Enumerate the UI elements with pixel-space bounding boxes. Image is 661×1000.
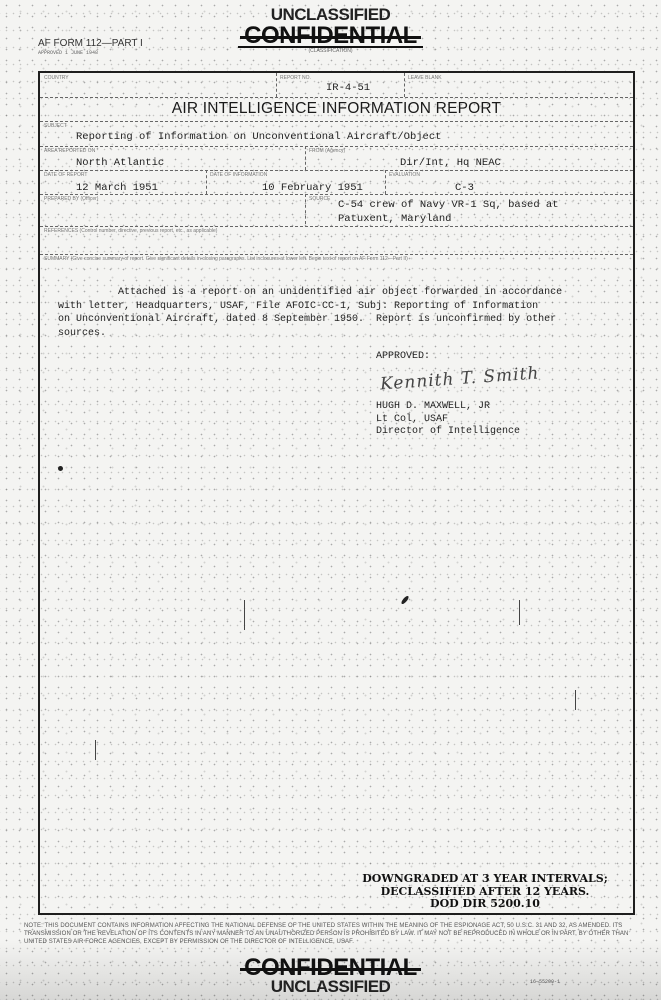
scan-streak <box>244 600 245 630</box>
scan-streak <box>575 690 576 710</box>
divider <box>385 170 386 194</box>
report-no-value: IR-4-51 <box>326 82 370 94</box>
divider <box>40 170 633 171</box>
report-body: Attached is a report on an unidentified … <box>58 286 618 340</box>
signer-title: Director of Intelligence <box>376 426 520 439</box>
scan-streak <box>95 740 96 760</box>
report-no-label: REPORT NO. <box>280 75 311 81</box>
area-value: North Atlantic <box>76 157 164 169</box>
divider <box>305 146 306 170</box>
divider <box>206 170 207 194</box>
divider <box>276 73 277 97</box>
date-of-report-label: DATE OF REPORT <box>44 172 87 178</box>
signer-name: HUGH D. MAXWELL, JR <box>376 401 520 414</box>
signature-block: HUGH D. MAXWELL, JR Lt Col, USAF Directo… <box>376 401 520 439</box>
report-form: COUNTRY REPORT NO. IR-4-51 LEAVE BLANK A… <box>38 71 635 915</box>
country-label: COUNTRY <box>44 75 69 81</box>
divider <box>40 226 633 227</box>
evaluation-label: EVALUATION <box>389 172 420 178</box>
divider <box>40 121 633 122</box>
downgrade-stamp: DOWNGRADED AT 3 YEAR INTERVALS; DECLASSI… <box>340 873 630 911</box>
downgrade-line-3: DOD DIR 5200.10 <box>340 898 630 911</box>
signature: Kennith T. Smith <box>379 363 539 394</box>
divider <box>40 146 633 147</box>
from-agency-value: Dir/Int, Hq NEAC <box>400 157 501 169</box>
scan-speck <box>58 466 63 471</box>
from-agency-label: FROM (Agency) <box>309 148 345 154</box>
subject-value: Reporting of Information on Unconvention… <box>76 131 441 143</box>
form-revision: APPROVED 1 JUNE 1948 <box>38 50 98 56</box>
date-of-info-label: DATE OF INFORMATION <box>210 172 267 178</box>
prepared-by-label: PREPARED BY (Officer) <box>44 196 98 202</box>
evaluation-value: C-3 <box>455 182 474 194</box>
divider <box>305 194 306 224</box>
references-label: REFERENCES (Control number, directive, p… <box>44 228 217 234</box>
divider <box>40 254 633 255</box>
divider <box>404 73 405 97</box>
signer-rank: Lt Col, USAF <box>376 414 520 427</box>
classification-stamp-bottom-unclassified: UNCLASSIFIED <box>0 977 661 997</box>
leave-blank-label: LEAVE BLANK <box>408 75 442 81</box>
scan-streak <box>519 600 520 625</box>
source-value: C-54 crew of Navy VR-1 Sq, based at Patu… <box>338 198 568 226</box>
source-label: SOURCE <box>309 196 330 202</box>
espionage-notice: NOTE: This document contains information… <box>24 922 636 946</box>
report-title: AIR INTELLIGENCE INFORMATION REPORT <box>40 100 633 118</box>
approved-label: APPROVED: <box>376 351 430 362</box>
downgrade-line-1: DOWNGRADED AT 3 YEAR INTERVALS; <box>340 873 630 886</box>
form-id: AF FORM 112—PART I <box>38 38 143 49</box>
area-label: AREA REPORTED ON <box>44 148 95 154</box>
form-print-number: 16—55200-1 <box>530 979 560 985</box>
divider <box>40 194 633 195</box>
date-of-info-value: 10 February 1951 <box>262 182 363 194</box>
subject-label: SUBJECT <box>44 123 67 129</box>
date-of-report-value: 12 March 1951 <box>76 182 158 194</box>
divider <box>40 97 633 98</box>
summary-label: SUMMARY (Give concise summary of report.… <box>44 256 408 262</box>
